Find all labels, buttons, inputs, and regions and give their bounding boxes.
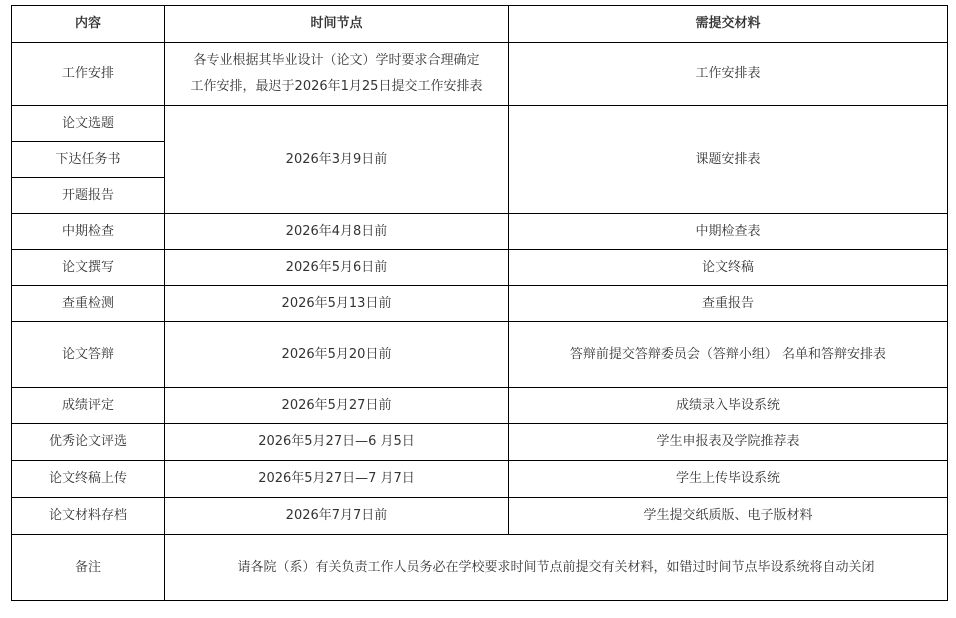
row-content: 开题报告 — [12, 178, 165, 214]
row-content: 论文答辩 — [12, 322, 165, 388]
row-content: 论文选题 — [12, 106, 165, 142]
row-content: 下达任务书 — [12, 142, 165, 178]
row-time: 2026年5月27日—6 月5日 — [165, 424, 509, 461]
header-row: 内容 时间节点 需提交材料 — [12, 6, 948, 43]
row-material: 中期检查表 — [509, 214, 948, 250]
row-material: 学生提交纸质版、电子版材料 — [509, 498, 948, 535]
row-time: 2026年5月20日前 — [165, 322, 509, 388]
table-row: 论文终稿上传 2026年5月27日—7 月7日 学生上传毕设系统 — [12, 461, 948, 498]
row-time: 2026年7月7日前 — [165, 498, 509, 535]
row-content: 论文撰写 — [12, 250, 165, 286]
row-time: 2026年4月8日前 — [165, 214, 509, 250]
table-row: 论文撰写 2026年5月6日前 论文终稿 — [12, 250, 948, 286]
row-content: 论文材料存档 — [12, 498, 165, 535]
table-row: 论文选题 2026年3月9日前 课题安排表 — [12, 106, 948, 142]
row-content: 成绩评定 — [12, 388, 165, 424]
table-row: 工作安排 各专业根据其毕业设计（论文）学时要求合理确定 工作安排，最迟于2026… — [12, 43, 948, 106]
table-row: 论文材料存档 2026年7月7日前 学生提交纸质版、电子版材料 — [12, 498, 948, 535]
row-time: 2026年5月13日前 — [165, 286, 509, 322]
table-row: 论文答辩 2026年5月20日前 答辩前提交答辩委员会（答辩小组） 名单和答辩安… — [12, 322, 948, 388]
row-material: 成绩录入毕设系统 — [509, 388, 948, 424]
table-row: 优秀论文评选 2026年5月27日—6 月5日 学生申报表及学院推荐表 — [12, 424, 948, 461]
row-material: 论文终稿 — [509, 250, 948, 286]
row-time: 2026年5月6日前 — [165, 250, 509, 286]
row-content: 工作安排 — [12, 43, 165, 106]
table-row: 成绩评定 2026年5月27日前 成绩录入毕设系统 — [12, 388, 948, 424]
row-time-line2: 工作安排，最迟于2026年1月25日提交工作安排表 — [171, 74, 502, 100]
table-row: 中期检查 2026年4月8日前 中期检查表 — [12, 214, 948, 250]
note-row: 备注 请各院（系）有关负责工作人员务必在学校要求时间节点前提交有关材料，如错过时… — [12, 535, 948, 601]
row-time: 2026年5月27日—7 月7日 — [165, 461, 509, 498]
row-time-line1: 各专业根据其毕业设计（论文）学时要求合理确定 — [171, 48, 502, 74]
row-material: 学生上传毕设系统 — [509, 461, 948, 498]
row-material: 工作安排表 — [509, 43, 948, 106]
row-material: 答辩前提交答辩委员会（答辩小组） 名单和答辩安排表 — [509, 322, 948, 388]
header-material: 需提交材料 — [509, 6, 948, 43]
note-label: 备注 — [12, 535, 165, 601]
table-row: 查重检测 2026年5月13日前 查重报告 — [12, 286, 948, 322]
row-material: 学生申报表及学院推荐表 — [509, 424, 948, 461]
row-time: 2026年3月9日前 — [165, 106, 509, 214]
row-content: 查重检测 — [12, 286, 165, 322]
row-material: 课题安排表 — [509, 106, 948, 214]
header-content: 内容 — [12, 6, 165, 43]
row-time: 各专业根据其毕业设计（论文）学时要求合理确定 工作安排，最迟于2026年1月25… — [165, 43, 509, 106]
header-time: 时间节点 — [165, 6, 509, 43]
note-text: 请各院（系）有关负责工作人员务必在学校要求时间节点前提交有关材料，如错过时间节点… — [165, 535, 948, 601]
row-time: 2026年5月27日前 — [165, 388, 509, 424]
row-content: 优秀论文评选 — [12, 424, 165, 461]
row-content: 中期检查 — [12, 214, 165, 250]
row-material: 查重报告 — [509, 286, 948, 322]
schedule-table: 内容 时间节点 需提交材料 工作安排 各专业根据其毕业设计（论文）学时要求合理确… — [11, 5, 948, 601]
row-content: 论文终稿上传 — [12, 461, 165, 498]
